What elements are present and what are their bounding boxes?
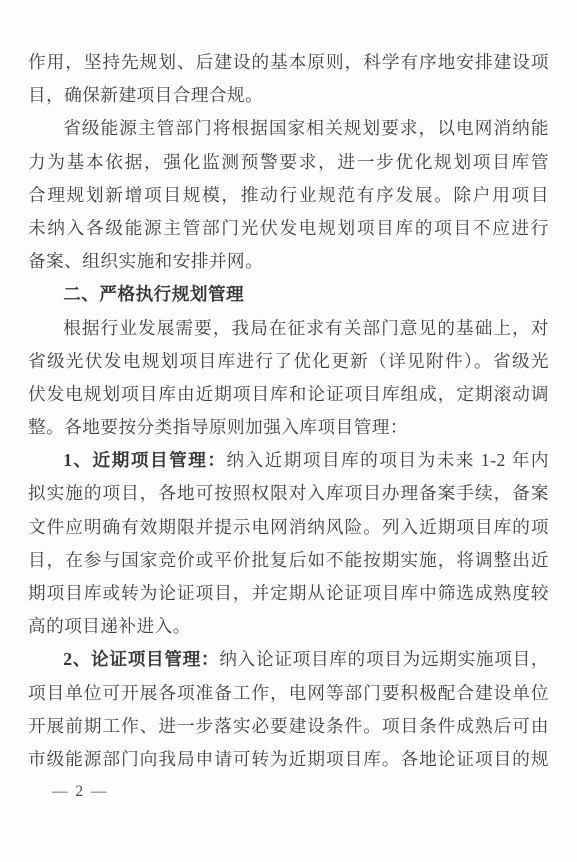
bold-run: 2、论证项目管理： <box>63 649 219 669</box>
text-line: 2、论证项目管理：纳入论证项目库的项目为远期实施项目， <box>28 643 549 676</box>
text-line: 伏发电规划项目库由近期项目库和论证项目库组成，定期滚动调 <box>28 378 549 411</box>
text-line: 省级光伏发电规划项目库进行了优化更新（详见附件）。省级光 <box>28 345 549 378</box>
text-line: 根据行业发展需要，我局在征求有关部门意见的基础上，对 <box>28 312 549 345</box>
page-number: — 2 — <box>52 781 549 803</box>
scanned-document-page: 作用，坚持先规划、后建设的基本原则，科学有序地安排建设项 目，确保新建项目合理合… <box>0 0 577 862</box>
text-line: 市级能源部门向我局申请可转为近期项目库。各地论证项目的规 <box>28 743 549 776</box>
section-heading: 二、严格执行规划管理 <box>28 278 549 311</box>
text-line: 合理规划新增项目规模，推动行业规范有序发展。除户用项目外， <box>28 179 549 212</box>
text-line: 未纳入各级能源主管部门光伏发电规划项目库的项目不应进行 <box>28 212 549 245</box>
text-line: 省级能源主管部门将根据国家相关规划要求，以电网消纳能 <box>28 112 549 145</box>
text-line: 目，确保新建项目合理合规。 <box>28 79 549 112</box>
text-run: 纳入论证项目库的项目为远期实施项目， <box>219 649 549 669</box>
bold-run: 1、近期项目管理： <box>63 450 226 470</box>
text-line: 1、近期项目管理：纳入近期项目库的项目为未来 1-2 年内 <box>28 444 549 477</box>
text-line: 目，在参与国家竞价或平价批复后如不能按期实施，将调整出近 <box>28 544 549 577</box>
text-run: 纳入近期项目库的项目为未来 1-2 年内 <box>226 450 549 470</box>
text-line: 项目单位可开展各项准备工作，电网等部门要积极配合建设单位 <box>28 677 549 710</box>
text-line: 拟实施的项目，各地可按照权限对入库项目办理备案手续，备案 <box>28 477 549 510</box>
text-line: 高的项目递补进入。 <box>28 610 549 643</box>
text-line: 备案、组织实施和安排并网。 <box>28 245 549 278</box>
text-line: 文件应明确有效期限并提示电网消纳风险。列入近期项目库的项 <box>28 511 549 544</box>
text-line: 整。各地要按分类指导原则加强入库项目管理： <box>28 411 549 444</box>
text-line: 开展前期工作、进一步落实必要建设条件。项目条件成熟后可由 <box>28 710 549 743</box>
text-line: 期项目库或转为论证项目，并定期从论证项目库中筛选成熟度较 <box>28 577 549 610</box>
text-line: 作用，坚持先规划、后建设的基本原则，科学有序地安排建设项 <box>28 46 549 79</box>
text-line: 力为基本依据，强化监测预警要求，进一步优化规划项目库管理， <box>28 146 549 179</box>
